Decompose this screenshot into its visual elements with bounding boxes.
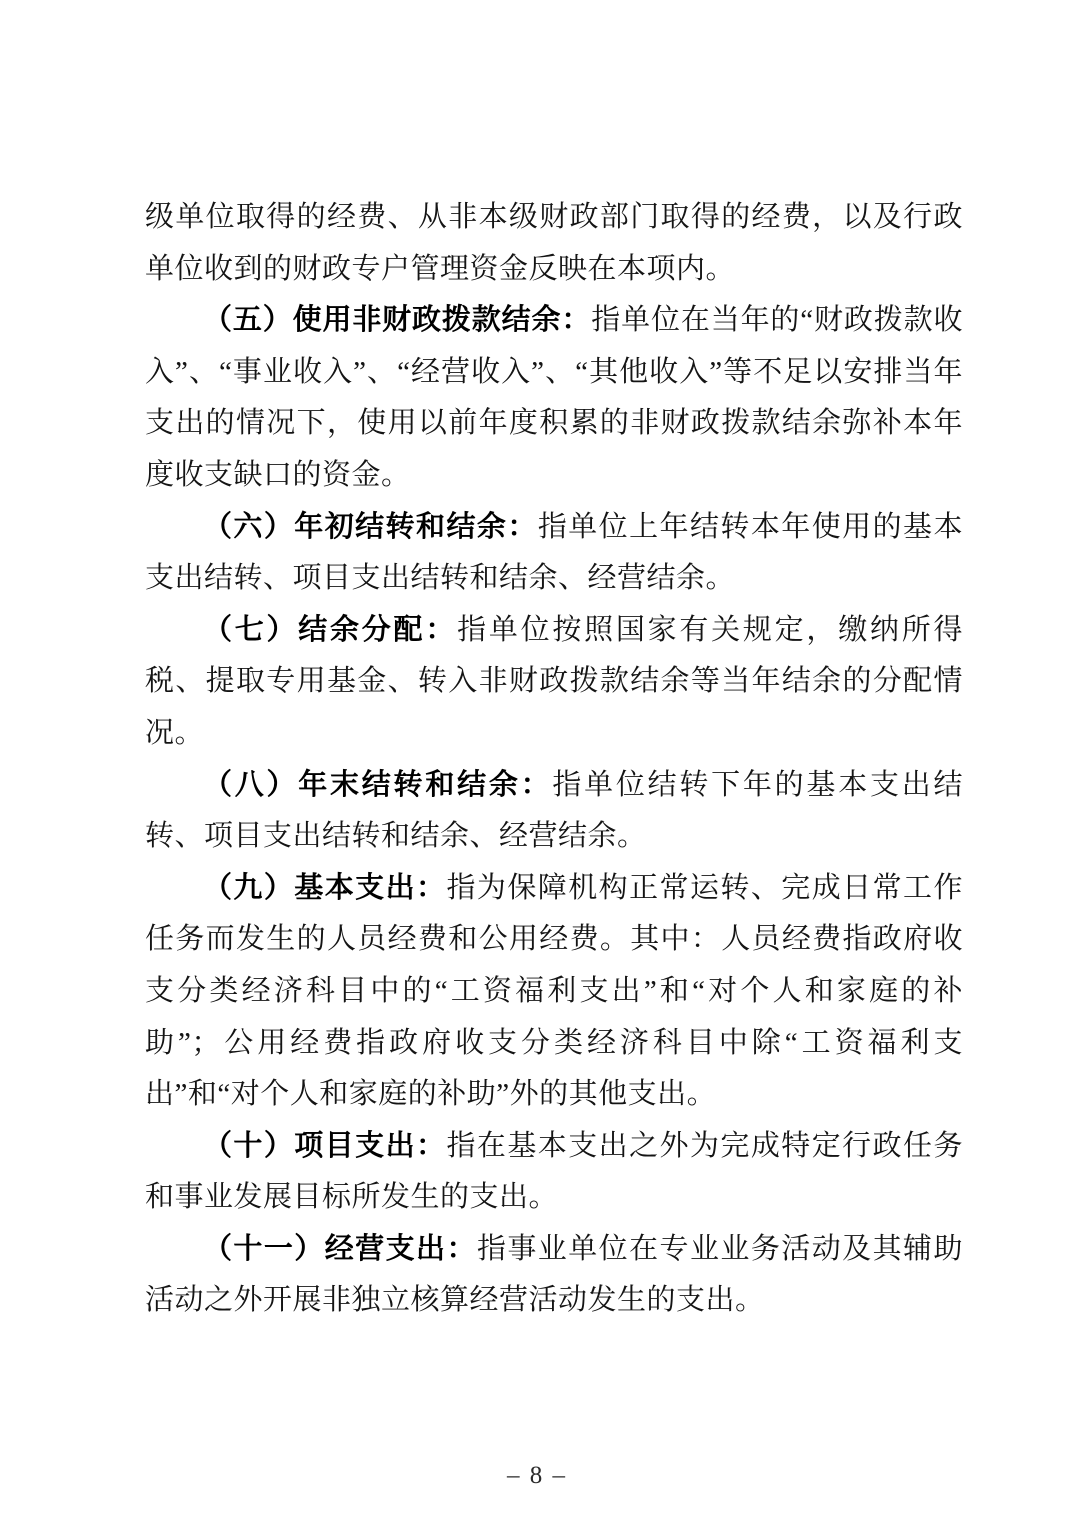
paragraph-continuation: 级单位取得的经费、从非本级财政部门取得的经费，以及行政单位收到的财政专户管理资金… bbox=[145, 192, 963, 295]
paragraph-item-10: （十）项目支出：指在基本支出之外为完成特定行政任务和事业发展目标所发生的支出。 bbox=[145, 1121, 963, 1224]
paragraph-heading: （六）年初结转和结余： bbox=[203, 511, 538, 543]
paragraph-body: 级单位取得的经费、从非本级财政部门取得的经费，以及行政单位收到的财政专户管理资金… bbox=[145, 201, 963, 285]
paragraph-heading: （八）年末结转和结余： bbox=[203, 769, 552, 801]
paragraph-body: 指为保障机构正常运转、完成日常工作任务而发生的人员经费和公用经费。其中：人员经费… bbox=[145, 872, 963, 1110]
paragraph-item-6: （六）年初结转和结余：指单位上年结转本年使用的基本支出结转、项目支出结转和结余、… bbox=[145, 502, 963, 605]
paragraph-item-11: （十一）经营支出：指事业单位在专业业务活动及其辅助活动之外开展非独立核算经营活动… bbox=[145, 1224, 963, 1327]
paragraph-item-8: （八）年末结转和结余：指单位结转下年的基本支出结转、项目支出结转和结余、经营结余… bbox=[145, 760, 963, 863]
paragraph-heading: （五）使用非财政拨款结余： bbox=[203, 304, 591, 336]
paragraph-heading: （七）结余分配： bbox=[203, 614, 457, 646]
paragraph-heading: （九）基本支出： bbox=[203, 872, 447, 904]
document-body-text: 级单位取得的经费、从非本级财政部门取得的经费，以及行政单位收到的财政专户管理资金… bbox=[145, 192, 963, 1327]
document-page: 级单位取得的经费、从非本级财政部门取得的经费，以及行政单位收到的财政专户管理资金… bbox=[0, 0, 1074, 1520]
paragraph-heading: （十一）经营支出： bbox=[203, 1233, 477, 1265]
page-number: – 8 – bbox=[0, 1462, 1074, 1490]
paragraph-item-7: （七）结余分配：指单位按照国家有关规定，缴纳所得税、提取专用基金、转入非财政拨款… bbox=[145, 605, 963, 760]
paragraph-heading: （十）项目支出： bbox=[203, 1130, 447, 1162]
paragraph-item-5: （五）使用非财政拨款结余：指单位在当年的“财政拨款收入”、“事业收入”、“经营收… bbox=[145, 295, 963, 501]
paragraph-item-9: （九）基本支出：指为保障机构正常运转、完成日常工作任务而发生的人员经费和公用经费… bbox=[145, 863, 963, 1121]
